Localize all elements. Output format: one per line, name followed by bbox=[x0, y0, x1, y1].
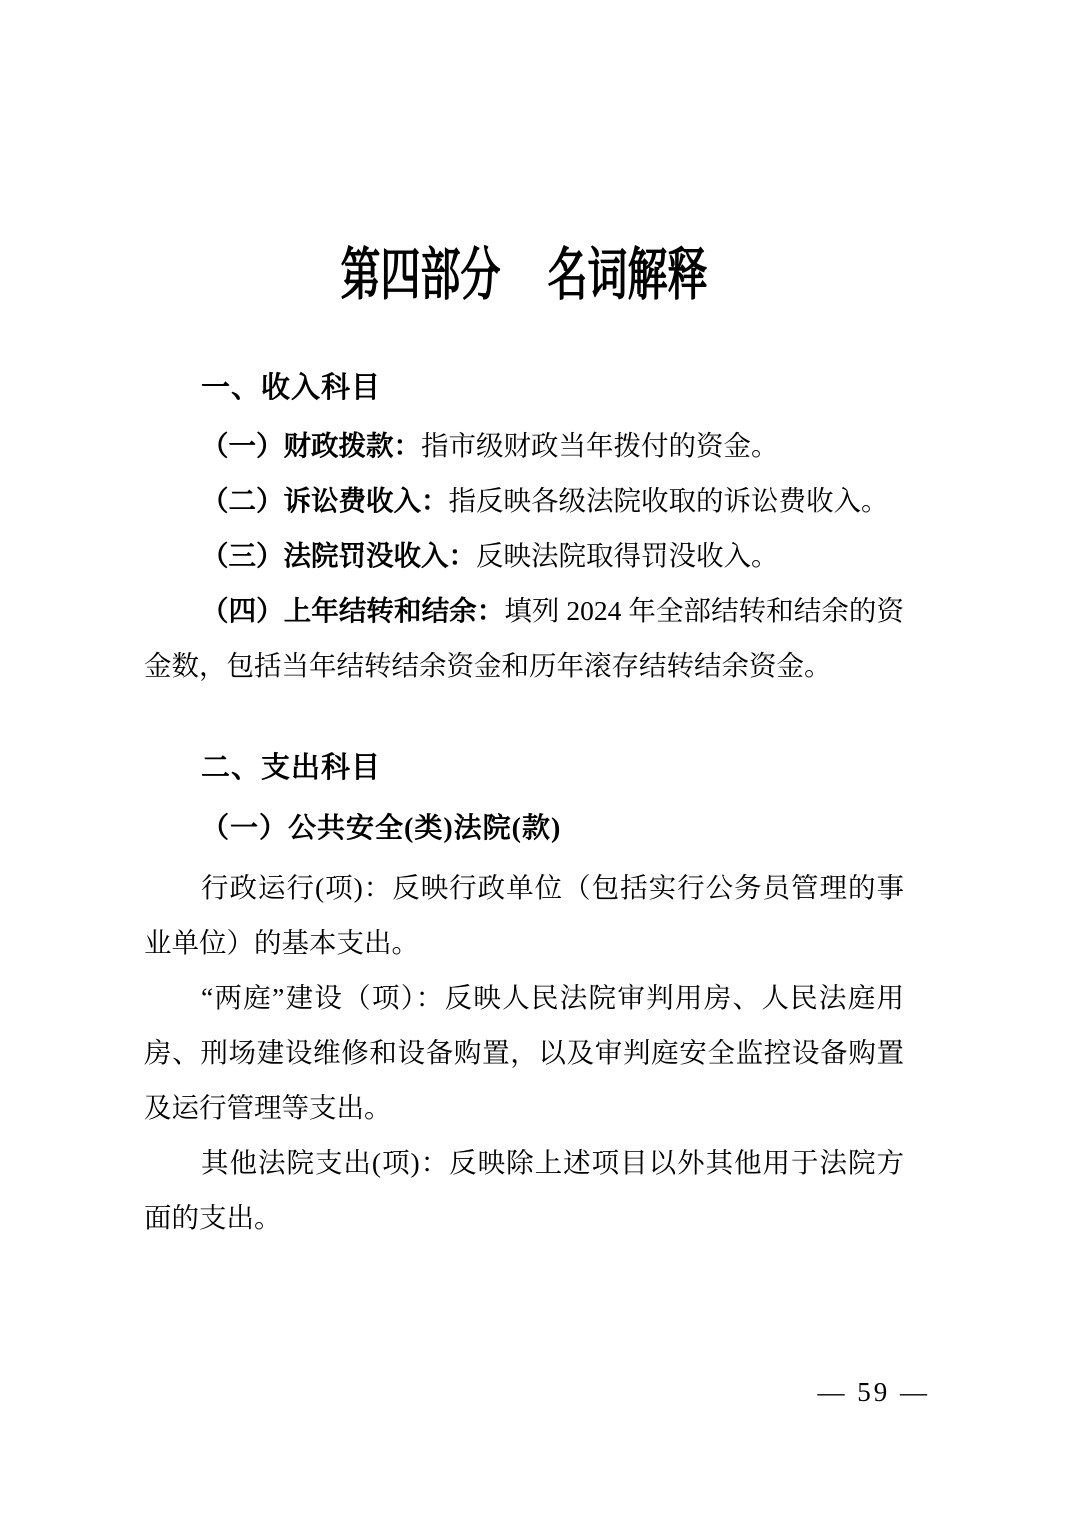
income-item-1-definition: 指市级财政当年拨付的资金。 bbox=[421, 430, 779, 461]
income-item-4: （四）上年结转和结余：填列 2024 年全部结转和结余的资金数，包括当年结转结余… bbox=[144, 583, 904, 693]
income-items: （一）财政拨款：指市级财政当年拨付的资金。 （二）诉讼费收入：指反映各级法院收取… bbox=[144, 418, 904, 693]
section-heading-income: 一、收入科目 bbox=[144, 368, 904, 408]
income-item-4-term: （四）上年结转和结余： bbox=[201, 595, 504, 626]
text-column: 第四部分名词解释 一、收入科目 （一）财政拨款：指市级财政当年拨付的资金。 （二… bbox=[0, 247, 1074, 1245]
document-page: 第四部分名词解释 一、收入科目 （一）财政拨款：指市级财政当年拨付的资金。 （二… bbox=[0, 0, 1074, 1520]
page-title-name: 名词解释 bbox=[548, 243, 708, 307]
income-item-2: （二）诉讼费收入：指反映各级法院收取的诉讼费收入。 bbox=[144, 473, 904, 528]
income-item-3-definition: 反映法院取得罚没收入。 bbox=[476, 540, 779, 571]
income-item-1: （一）财政拨款：指市级财政当年拨付的资金。 bbox=[144, 418, 904, 473]
income-item-2-term: （二）诉讼费收入： bbox=[201, 485, 449, 516]
income-item-1-term: （一）财政拨款： bbox=[201, 430, 421, 461]
income-item-2-definition: 指反映各级法院收取的诉讼费收入。 bbox=[449, 485, 889, 516]
income-item-3: （三）法院罚没收入：反映法院取得罚没收入。 bbox=[144, 528, 904, 583]
expenditure-paragraph-1: 行政运行(项)：反映行政单位（包括实行公务员管理的事业单位）的基本支出。 bbox=[144, 860, 904, 970]
expenditure-paragraph-3: 其他法院支出(项)：反映除上述项目以外其他用于法院方面的支出。 bbox=[144, 1135, 904, 1245]
expenditure-paragraphs: 行政运行(项)：反映行政单位（包括实行公务员管理的事业单位）的基本支出。 “两庭… bbox=[144, 860, 904, 1245]
page-title-part: 第四部分 bbox=[341, 243, 501, 307]
page-title: 第四部分名词解释 bbox=[144, 247, 904, 304]
section-heading-expenditure: 二、支出科目 bbox=[144, 748, 904, 788]
page-number: — 59 — bbox=[818, 1375, 931, 1410]
income-item-3-term: （三）法院罚没收入： bbox=[201, 540, 476, 571]
expenditure-paragraph-2: “两庭”建设（项）：反映人民法院审判用房、人民法庭用房、刑场建设维修和设备购置，… bbox=[144, 970, 904, 1135]
expenditure-subheading: （一）公共安全(类)法院(款) bbox=[144, 804, 904, 854]
